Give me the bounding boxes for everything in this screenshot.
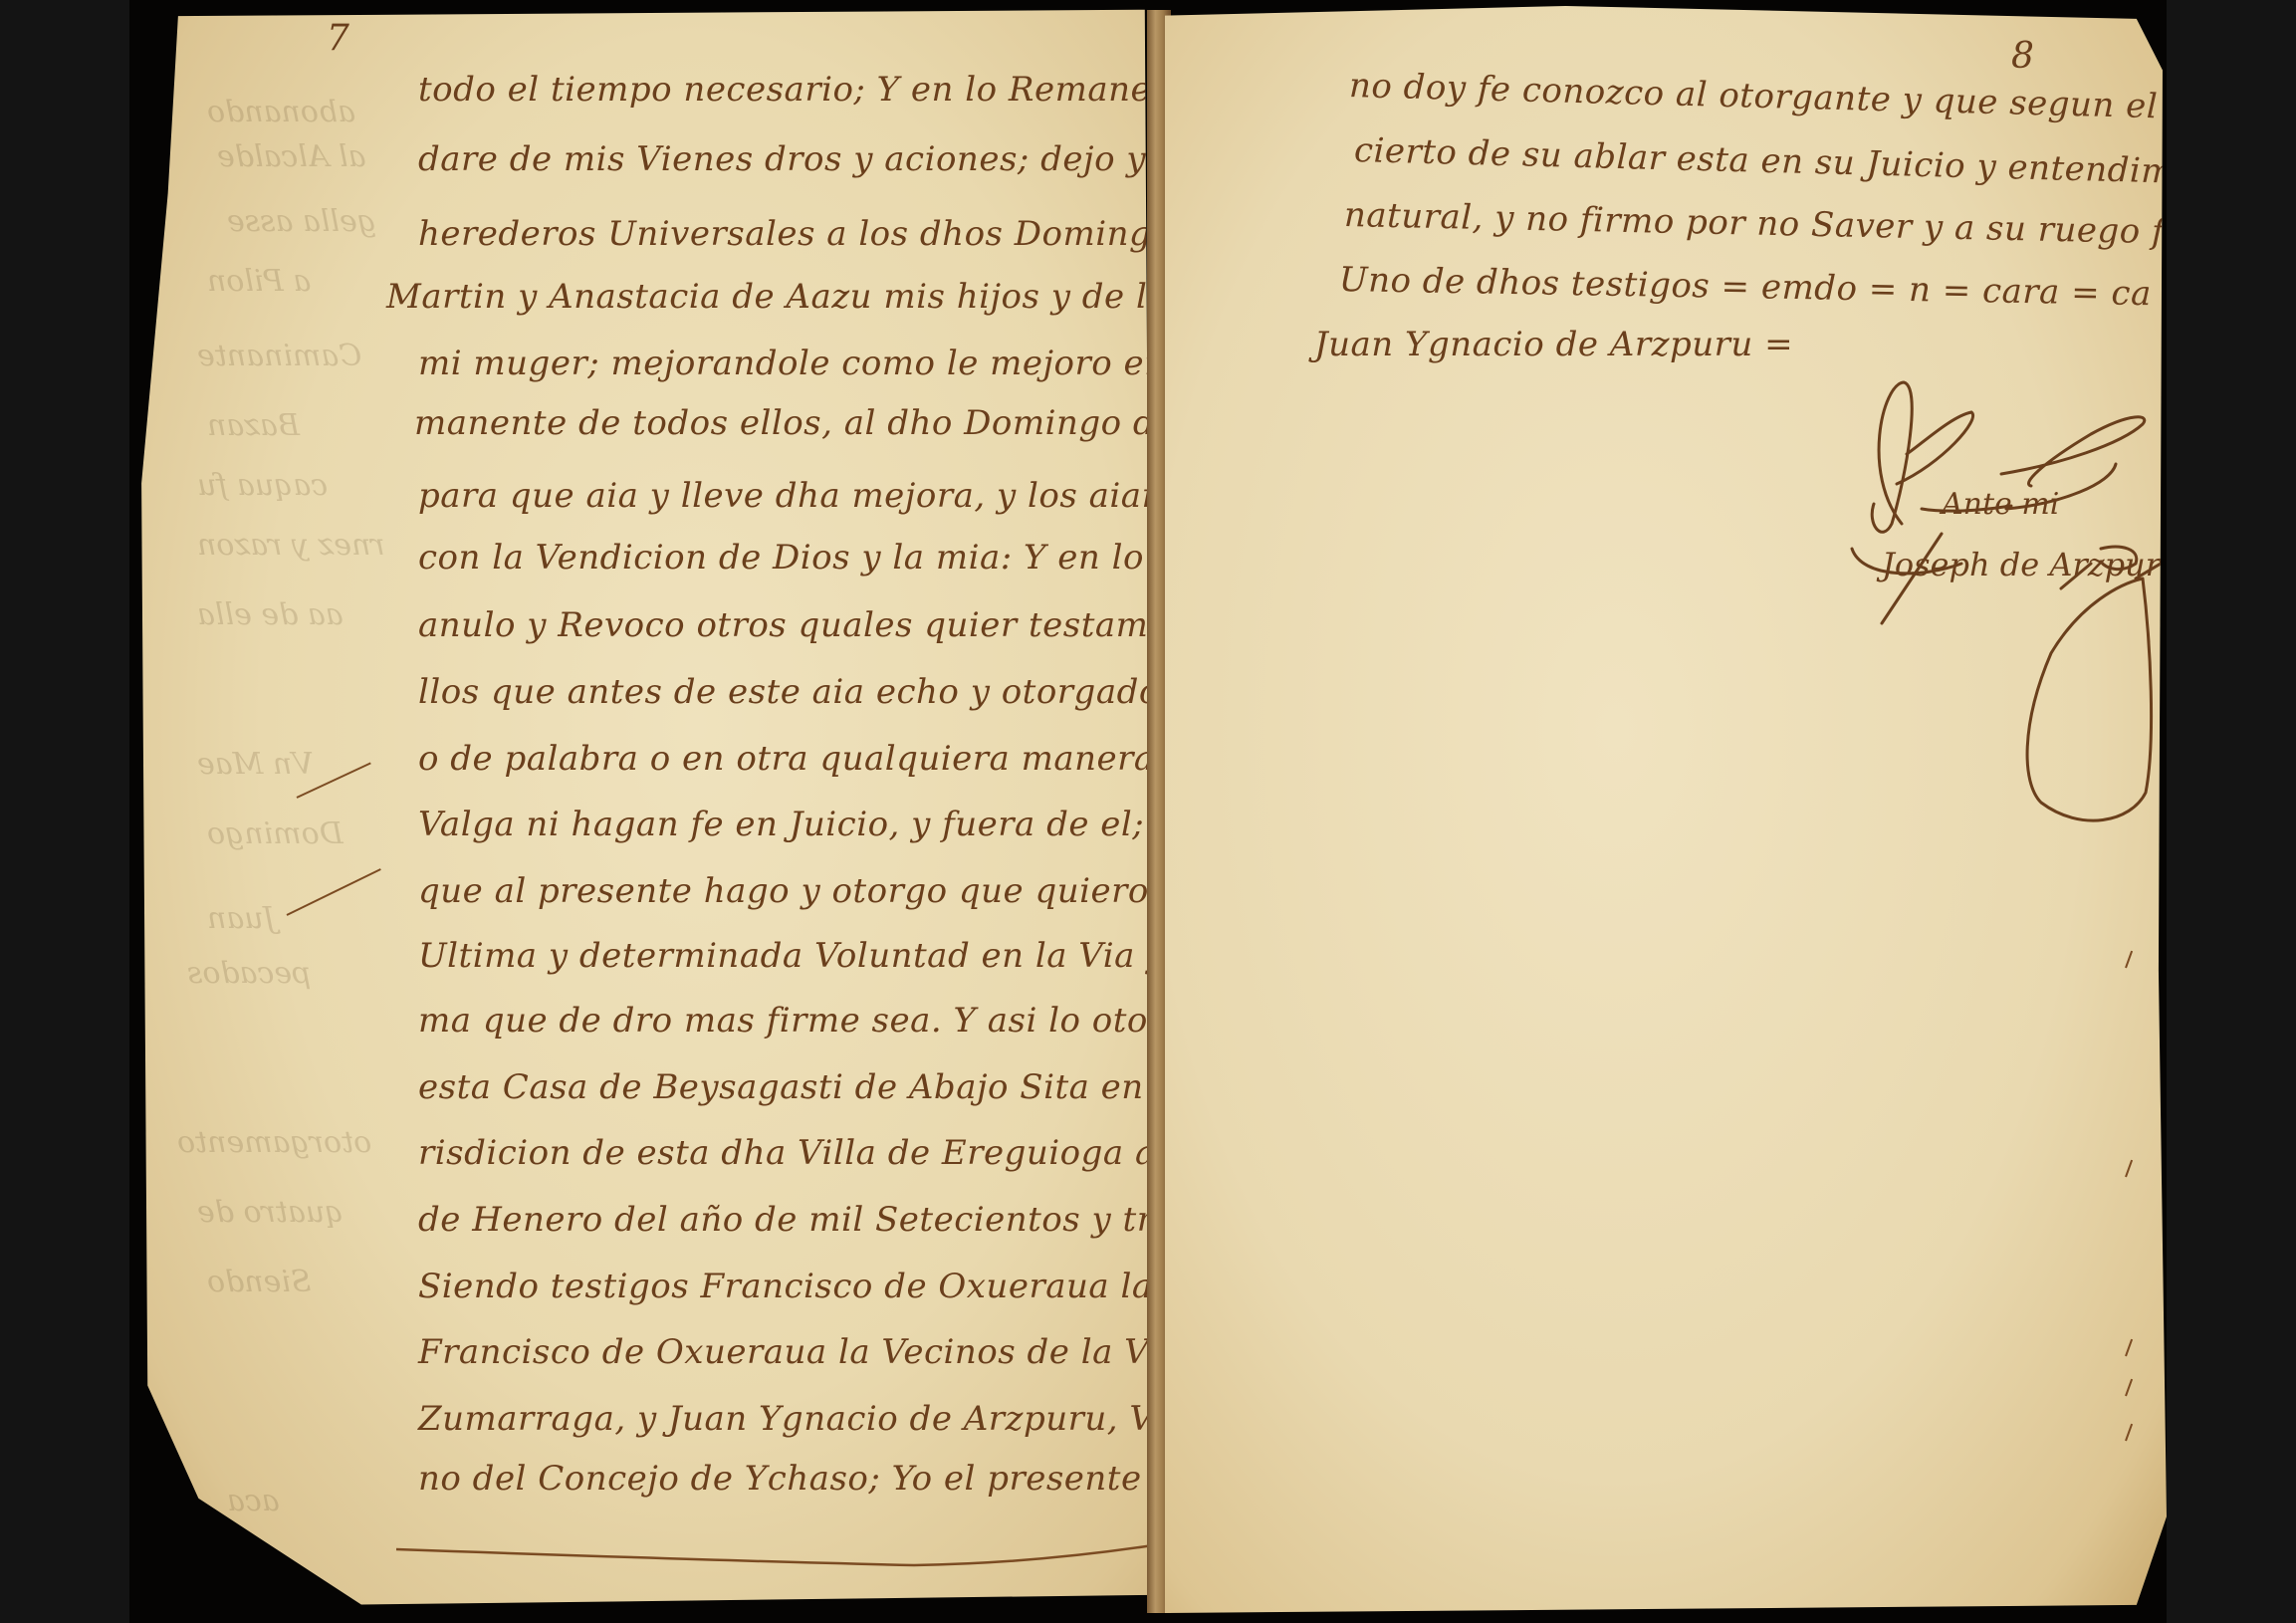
closing-rule-line bbox=[137, 0, 1155, 1611]
right-page: 8 no doy fe conozco al otorgante y que s… bbox=[1165, 6, 2167, 1613]
signature-rubric-text: Ante mi bbox=[1939, 487, 2059, 522]
document-viewer: abonando al Alcalde gella asse a Pilon C… bbox=[0, 0, 2296, 1623]
manuscript-scan: abonando al Alcalde gella asse a Pilon C… bbox=[129, 0, 2167, 1623]
notary-signature: Ante mi Joseph de Arzpuru bbox=[1165, 6, 2167, 1613]
left-page: abonando al Alcalde gella asse a Pilon C… bbox=[137, 0, 1155, 1611]
